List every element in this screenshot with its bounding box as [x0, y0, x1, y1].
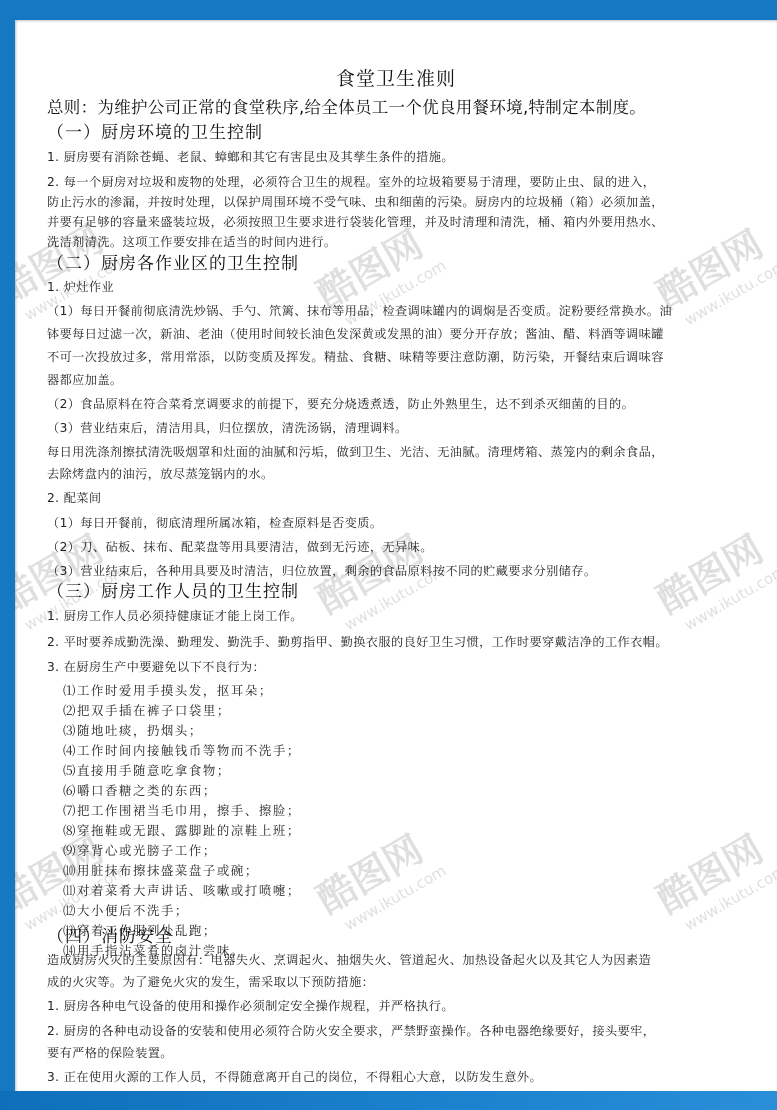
bad-behavior-item: ⑷工作时间内接触钱币等物而不洗手； [63, 741, 769, 759]
section-2-line: 去除烤盘内的油污，放尽蒸笼锅内的水。 [47, 465, 769, 482]
section-2-line: 器都应加盖。 [47, 371, 769, 388]
section-2-line: 2. 配菜间 [47, 489, 769, 506]
section-2-line: （2）食品原料在符合菜肴烹调要求的前提下，要充分烧透煮透，防止外熟里生，达不到杀… [47, 395, 769, 412]
section-1-line: 2. 每一个厨房对垃圾和废物的处理，必须符合卫生的规程。室外的垃圾箱要易于清理，… [47, 173, 769, 190]
section-1-line: 洗洁剂清洗。这项工作要安排在适当的时间内进行。 [47, 233, 769, 250]
section-2-line: （2）刀、砧板、抹布、配菜盘等用具要清洁，做到无污迹，无异味。 [47, 538, 769, 555]
section-4-line: 造成厨房火灾的主要原因有：电器失火、烹调起火、抽烟失火、管道起火、加热设备起火以… [47, 951, 769, 968]
bad-behavior-item: ⑴工作时爱用手摸头发，抠耳朵； [63, 681, 769, 699]
section-2-line: （1）每日开餐前彻底清洗炒锅、手勺、笊篱、抹布等用品，检查调味罐内的调焖是否变质… [47, 302, 769, 319]
section-4-line: 成的火灾等。为了避免火灾的发生，需采取以下预防措施： [47, 973, 769, 990]
section-1-line: 并要有足够的容量来盛装垃圾，必须按照卫生要求进行袋装化管理，并及时清理和清洗，桶… [47, 213, 769, 230]
section-2-line: 钵要每日过滤一次，新油、老油（使用时间较长油色发深黄或发黑的油）要分开存放；酱油… [47, 325, 769, 342]
section-2-line: 每日用洗涤剂擦拭清洗吸烟罩和灶面的油腻和污垢，做到卫生、光洁、无油腻。清理烤箱、… [47, 443, 769, 460]
section-3-line: 1. 厨房工作人员必须持健康证才能上岗工作。 [47, 607, 769, 624]
bad-behavior-item: ⑺把工作围裙当毛巾用，擦手、擦脸； [63, 801, 769, 819]
section-heading-1: （一）厨房环境的卫生控制 [47, 118, 263, 143]
bad-behavior-item: ⑻穿拖鞋或无跟、露脚趾的凉鞋上班； [63, 821, 769, 839]
bad-behavior-item: ⑼穿背心或光膀子工作； [63, 841, 769, 859]
bad-behavior-item: ⑸直接用手随意吃拿食物； [63, 761, 769, 779]
bad-behavior-item: ⑿大小便后不洗手； [63, 901, 769, 919]
section-1-line: 1. 厨房要有消除苍蝇、老鼠、蟑螂和其它有害昆虫及其孳生条件的措施。 [47, 148, 769, 165]
bad-behavior-item: ⑹嚼口香糖之类的东西； [63, 781, 769, 799]
section-heading-2: （二）厨房各作业区的卫生控制 [47, 249, 299, 274]
section-2-line: （1）每日开餐前，彻底清理所属冰箱，检查原料是否变质。 [47, 514, 769, 531]
document-title: 食堂卫生准则 [15, 64, 777, 91]
section-4-line: 要有严格的保险装置。 [47, 1044, 769, 1061]
section-3-line: 2. 平时要养成勤洗澡、勤理发、勤洗手、勤剪指甲、勤换衣服的良好卫生习惯，工作时… [47, 633, 769, 650]
section-3-line: 3. 在厨房生产中要避免以下不良行为： [47, 658, 769, 675]
section-4-line: 2. 厨房的各种电动设备的安装和使用必须符合防火安全要求，严禁野蛮操作。各种电器… [47, 1022, 769, 1039]
section-1-line: 防止污水的渗漏，并按时处理，以保护周围环境不受气味、虫和细菌的污染。厨房内的垃圾… [47, 193, 769, 210]
section-4-line: 3. 正在使用火源的工作人员，不得随意离开自己的岗位，不得粗心大意，以防发生意外… [47, 1068, 769, 1085]
section-4-line: 1. 厨房各种电气设备的使用和操作必须制定安全操作规程，并严格执行。 [47, 997, 769, 1014]
section-2-line: 不可一次投放过多，常用常添，以防变质及挥发。精盐、食糖、味精等要注意防潮，防污染… [47, 348, 769, 365]
bad-behavior-item: ⑾对着菜肴大声讲话、咳嗽或打喷嚏； [63, 881, 769, 899]
general-rule: 总则：为维护公司正常的食堂秩序,给全体员工一个优良用餐环境,特制定本制度。 [47, 94, 646, 118]
bad-behavior-item: ⑶随地吐痰，扔烟头； [63, 721, 769, 739]
document-page: 酷图网www.ikutu.com 酷图网www.ikutu.com 酷图网www… [15, 20, 777, 1091]
bad-behavior-item: ⑽用脏抹布擦抹盛菜盘子或碗； [63, 861, 769, 879]
section-heading-4: （四）消防安全 [47, 922, 173, 947]
section-2-line: 1. 炉灶作业 [47, 278, 769, 295]
bad-behavior-item: ⑵把双手插在裤子口袋里； [63, 701, 769, 719]
section-2-line: （3）营业结束后，清洁用具，归位摆放，清洗汤锅，清理调料。 [47, 419, 769, 436]
section-heading-3: （三）厨房工作人员的卫生控制 [47, 577, 299, 602]
bottom-frame [0, 1091, 777, 1110]
